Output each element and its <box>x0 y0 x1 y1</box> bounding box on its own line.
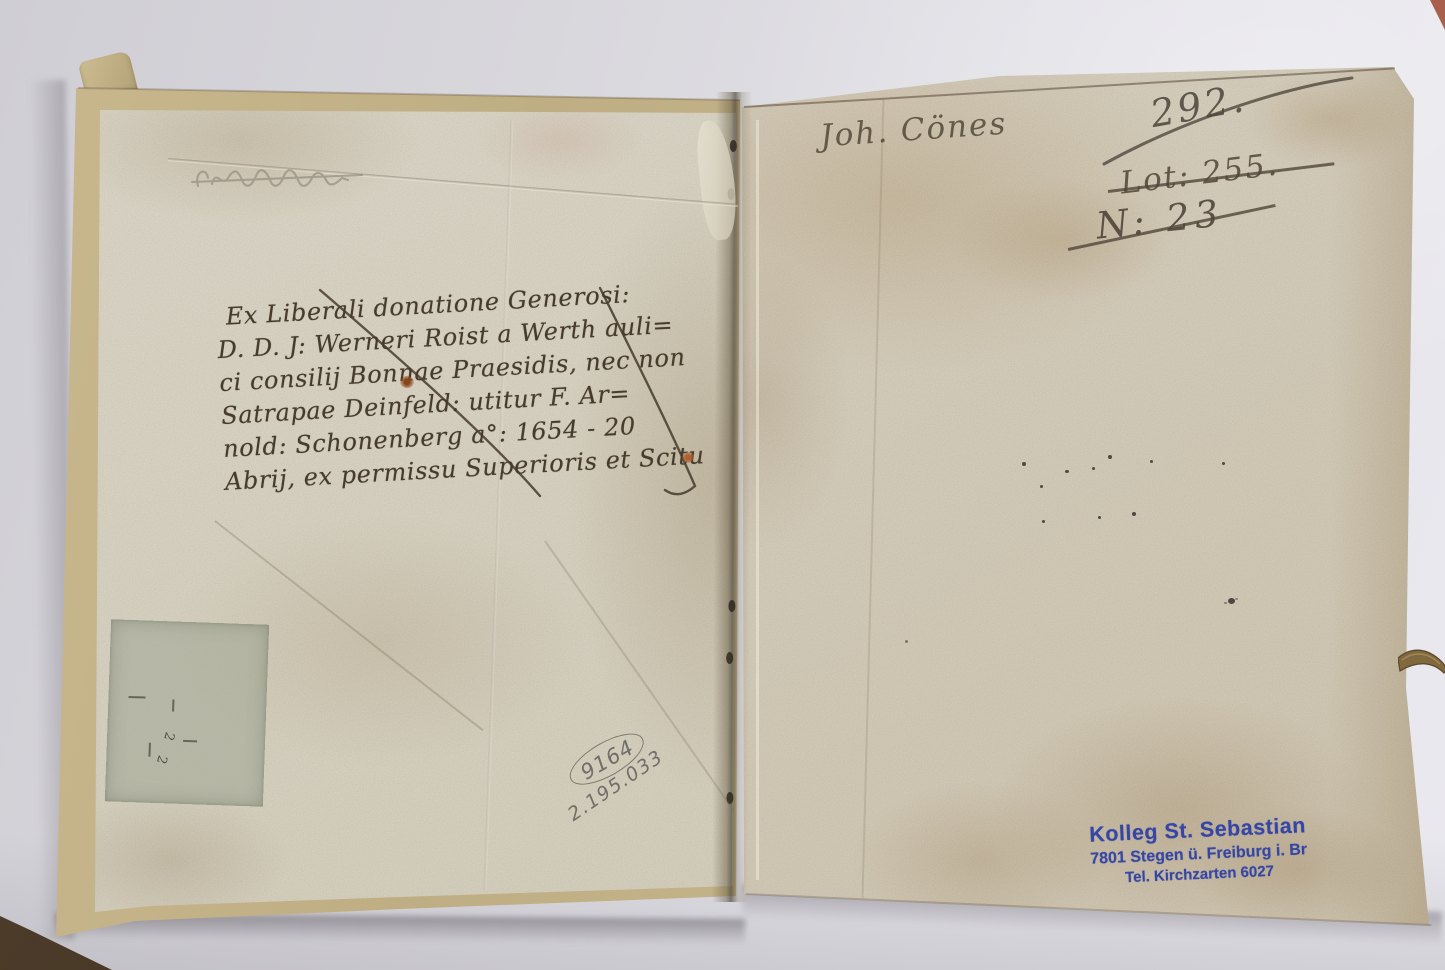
ink-speck <box>1228 598 1235 604</box>
ink-speck <box>1065 470 1069 473</box>
ink-speck <box>905 640 908 643</box>
ink-speck <box>1042 520 1045 523</box>
rust-spot <box>682 452 694 463</box>
sewing-hole <box>728 600 735 612</box>
label-dash <box>148 743 150 757</box>
sewing-hole <box>726 652 733 664</box>
ink-speck <box>1092 467 1095 470</box>
label-remnant: 2 2 <box>105 619 269 806</box>
label-dash <box>183 740 197 742</box>
ink-blot <box>400 376 414 388</box>
ink-speck <box>1098 516 1101 519</box>
label-dash <box>128 696 145 699</box>
sewing-hole <box>726 792 733 804</box>
ink-speck <box>1222 462 1225 465</box>
latin-donation-inscription: Ex Liberali donatione Generosi: D. D. J:… <box>215 271 765 499</box>
metal-clasp <box>1398 640 1445 690</box>
ink-speck <box>1132 512 1136 516</box>
ink-speck <box>1022 462 1026 466</box>
sewing-hole <box>730 140 737 152</box>
label-dash <box>172 699 174 711</box>
ink-speck <box>1040 485 1043 488</box>
photo-open-vellum-book: Ex Liberali donatione Generosi: D. D. J:… <box>0 0 1445 970</box>
label-remnant-marks: 2 2 <box>151 730 177 771</box>
library-stamp: Kolleg St. Sebastian 7801 Stegen ü. Frei… <box>1089 813 1309 887</box>
ink-speck <box>1108 455 1112 459</box>
ink-speck <box>1150 460 1153 463</box>
